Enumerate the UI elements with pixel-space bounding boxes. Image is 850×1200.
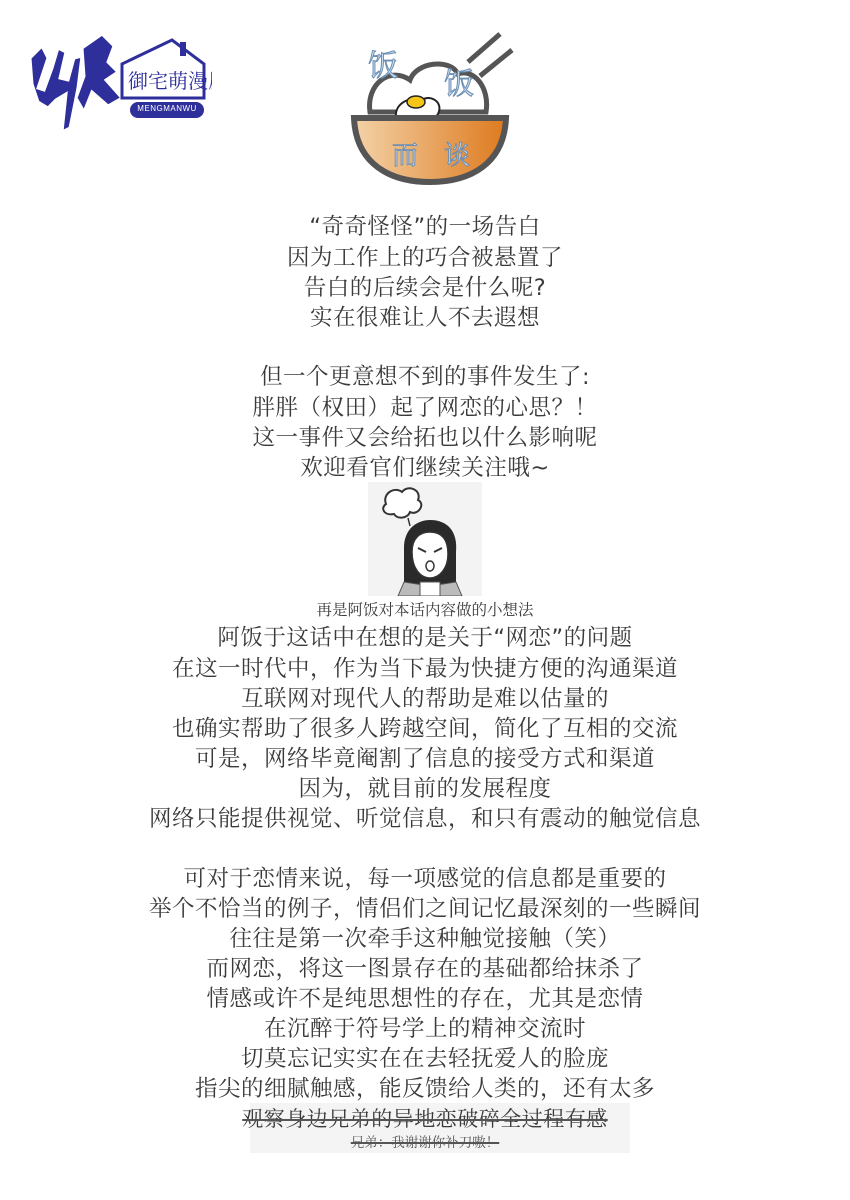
intro-line-4: 实在很难让人不去遐想 [0,303,850,333]
intro-line-3: 告白的后续会是什么呢? [0,273,850,303]
annoyed-girl-portrait [368,482,482,596]
struck-caption: 兄弟：我谢谢你补刀嗷！ [0,1133,850,1153]
para1-line-7: 网络只能提供视觉、听觉信息，和只有震动的触觉信息 [0,804,850,834]
para1-line-6: 因为，就目前的发展程度 [0,774,850,804]
intro-line-2: 因为工作上的巧合被悬置了 [0,243,850,273]
teaser-line-1: 但一个更意想不到的事件发生了: [0,362,850,392]
intro-line-1: “奇奇怪怪”的一场告白 [0,212,850,242]
para2-line-3: 往往是第一次牵手这种触觉接触（笑） [0,924,850,954]
para1-line-2: 在这一时代中，作为当下最为快捷方便的沟通渠道 [0,654,850,684]
para1-line-5: 可是，网络毕竟阉割了信息的接受方式和渠道 [0,744,850,774]
struck-line: 观察身边兄弟的异地恋破碎全过程有感 [0,1104,850,1134]
para2-line-4: 而网恋，将这一图景存在的基础都给抹杀了 [0,954,850,984]
svg-text:饭: 饭 [444,67,474,102]
para2-line-6: 在沉醉于符号学上的精神交流时 [0,1014,850,1044]
para2-line-2: 举个不恰当的例子，情侣们之间记忆最深刻的一些瞬间 [0,894,850,924]
para2-line-1: 可对于恋情来说，每一项感觉的信息都是重要的 [0,864,850,894]
svg-text:而: 而 [392,141,418,171]
annoyed-girl-icon [368,482,482,596]
teaser-line-3: 这一事件又会给拓也以什么影响呢 [0,423,850,453]
svg-text:饭: 饭 [368,49,398,84]
para1-line-4: 也确实帮助了很多人跨越空间，简化了互相的交流 [0,714,850,744]
svg-text:谈: 谈 [444,141,470,171]
para1-line-1: 阿饭于这话中在想的是关于“网恋”的问题 [0,623,850,653]
site-logo: 御宅萌漫屋 MENGMANWU [22,28,212,143]
para2-line-7: 切莫忘记实实在在去轻抚爱人的脸庞 [0,1044,850,1074]
thoughts-caption: 再是阿饭对本话内容做的小想法 [0,600,850,620]
logo-subtitle: MENGMANWU [132,104,202,113]
rice-bowl-icon: 饭 饭 而 谈 [340,14,520,194]
para1-line-3: 互联网对现代人的帮助是难以估量的 [0,684,850,714]
teaser-line-4: 欢迎看官们继续关注哦~ [0,453,850,483]
para2-line-5: 情感或许不是纯思想性的存在，尤其是恋情 [0,984,850,1014]
svg-text:御宅萌漫屋: 御宅萌漫屋 [128,69,212,93]
teaser-line-2: 胖胖（权田）起了网恋的心思？！ [0,393,850,423]
para2-line-8: 指尖的细腻触感，能反馈给人类的，还有太多 [0,1074,850,1104]
logo-graphic-icon: 御宅萌漫屋 [22,28,212,143]
rice-bowl-badge: 饭 饭 而 谈 [340,14,520,194]
